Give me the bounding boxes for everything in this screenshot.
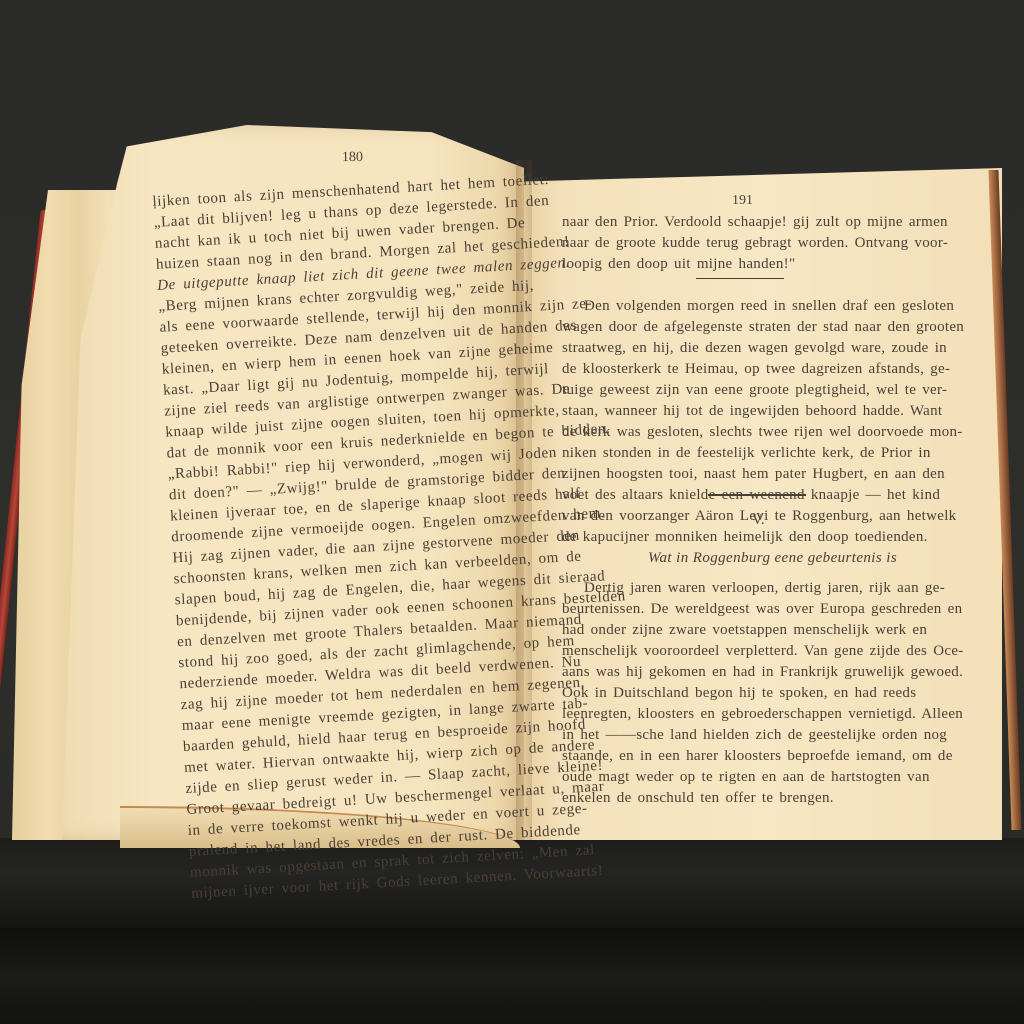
text-line: de kapucijner monniken heimelijk den doo…: [562, 527, 962, 548]
right-page-opening: naar den Prior. Verdoold schaapje! gij z…: [562, 212, 962, 275]
text-line: tuige geweest zijn van eene groote plegt…: [562, 380, 962, 401]
left-page-body: ļijken toon als zijn menschenhatend hart…: [152, 171, 561, 905]
text-line: staan, wanneer hij tot de ingewijden beh…: [562, 401, 962, 422]
text-line: zijnen hoogsten tooi, naast hem pater Hu…: [562, 464, 962, 485]
text-line: aans was hij gekomen en had in Frankrijk…: [562, 662, 962, 683]
text-line: menschelijk vooroordeel verpletterd. Van…: [562, 641, 962, 662]
text-line: oude magt weder op te rigten en aan de h…: [562, 767, 962, 788]
text-line: Dertig jaren waren verloopen, dertig jar…: [562, 578, 962, 599]
text-line: Den volgenden morgen reed in snellen dra…: [562, 296, 962, 317]
text-line: naar de groote kudde terug gebragt worde…: [562, 233, 962, 254]
text-line: de kloosterkerk te Heimau, op twee dagre…: [562, 359, 962, 380]
chapter-number: V.: [752, 512, 765, 529]
text-line: niken stonden in de feestelijk verlichte…: [562, 443, 962, 464]
text-line: Ook in Duitschland begon hij te spoken, …: [562, 683, 962, 704]
text-line: loopig den doop uit mijne handen!": [562, 254, 962, 275]
right-page-paragraph: Den volgenden morgen reed in snellen dra…: [562, 296, 962, 548]
text-line: naar den Prior. Verdoold schaapje! gij z…: [562, 212, 962, 233]
text-line: staande, en in een harer kloosters bepro…: [562, 746, 962, 767]
text-line: wagen door de afgelegenste straten der s…: [562, 317, 962, 338]
chapter-divider: [708, 494, 806, 496]
chapter-title: Wat in Roggenburg eene gebeurtenis is: [648, 550, 897, 567]
text-line: beurtenissen. De wereldgeest was over Eu…: [562, 599, 962, 620]
text-line: enkelen de onschuld ten offer te brengen…: [562, 788, 962, 809]
text-line: straatweg, en hij, die dezen wagen gevol…: [562, 338, 962, 359]
text-line: in het ——sche land hielden zich de geest…: [562, 725, 962, 746]
section-divider: [696, 278, 784, 279]
shelf-lower-edge: [0, 928, 1024, 1024]
left-page-number: 180: [342, 150, 363, 166]
right-page-number: 191: [732, 193, 753, 209]
text-line: de kerk was gesloten, slechts twee rijen…: [562, 422, 962, 443]
chapter-body: Dertig jaren waren verloopen, dertig jar…: [562, 578, 962, 809]
photo-scene: 180 ļijken toon als zijn menschenhatend …: [0, 0, 1024, 1024]
text-line: had onder zijne zware voetstappen mensch…: [562, 620, 962, 641]
text-line: leenregten, kloosters en gebroederschapp…: [562, 704, 962, 725]
